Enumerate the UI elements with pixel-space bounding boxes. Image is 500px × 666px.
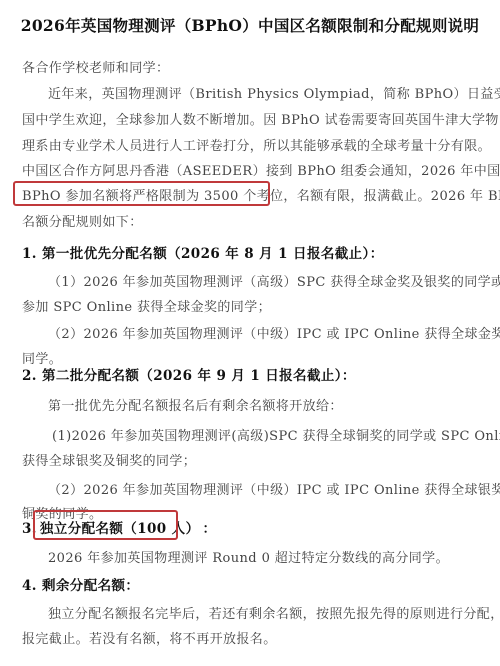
section-4-line: 报完截止。若没有名额，将不再开放报名。 [22, 628, 277, 647]
document-title: 2026年英国物理测评（BPhO）中国区名额限制和分配规则说明 [0, 14, 500, 36]
section-1-line: （2）2026 年参加英国物理测评（中级）IPC 或 IPC Online 获得… [48, 323, 500, 342]
section-2-line: (1)2026 年参加英国物理测评(高级)SPC 获得全球铜奖的同学或 SPC … [52, 425, 500, 444]
highlight-box-independent-quota [33, 510, 178, 540]
section-3-suffix: ： [203, 521, 217, 537]
section-2-heading: 2. 第二批分配名额（2026 年 9 月 1 日报名截止）： [22, 364, 356, 384]
intro-line: 理系由专业学术人员进行人工评卷打分，所以其能够承载的全球考量十分有限。 [22, 135, 491, 154]
section-3-line: 2026 年参加英国物理测评 Round 0 超过特定分数线的高分同学。 [48, 547, 449, 566]
greeting: 各合作学校老师和同学： [22, 57, 169, 76]
intro-line: 中国区合作方阿思丹香港（ASEEDER）接到 BPhO 组委会通知，2026 年… [22, 160, 500, 179]
section-2-line: 获得全球银奖及铜奖的同学； [22, 450, 196, 469]
section-1-heading: 1. 第一批优先分配名额（2026 年 8 月 1 日报名截止）： [22, 242, 384, 262]
section-4-heading: 4. 剩余分配名额： [22, 574, 139, 594]
highlight-box-3500-seats [13, 181, 270, 206]
section-2-line: （2）2026 年参加英国物理测评（中级）IPC 或 IPC Online 获得… [48, 479, 500, 498]
section-4-line: 独立分配名额报名完毕后，若还有剩余名额，按照先报先得的原则进行分配， [48, 603, 500, 622]
section-1-line: 参加 SPC Online 获得全球金奖的同学； [22, 296, 271, 315]
intro-line: 国中学生欢迎，全球参加人数不断增加。因 BPhO 试卷需要寄回英国牛津大学物 [22, 109, 499, 128]
section-1-line: （1）2026 年参加英国物理测评（高级）SPC 获得全球金奖及银奖的同学或 [48, 271, 500, 290]
section-2-line: 第一批优先分配名额报名后有剩余名额将开放给： [48, 395, 343, 414]
intro-line: 名额分配规则如下： [22, 211, 143, 230]
document-page: 2026年英国物理测评（BPhO）中国区名额限制和分配规则说明 各合作学校老师和… [0, 0, 500, 666]
intro-line: 近年来，英国物理测评（British Physics Olympiad，简称 B… [48, 83, 500, 102]
